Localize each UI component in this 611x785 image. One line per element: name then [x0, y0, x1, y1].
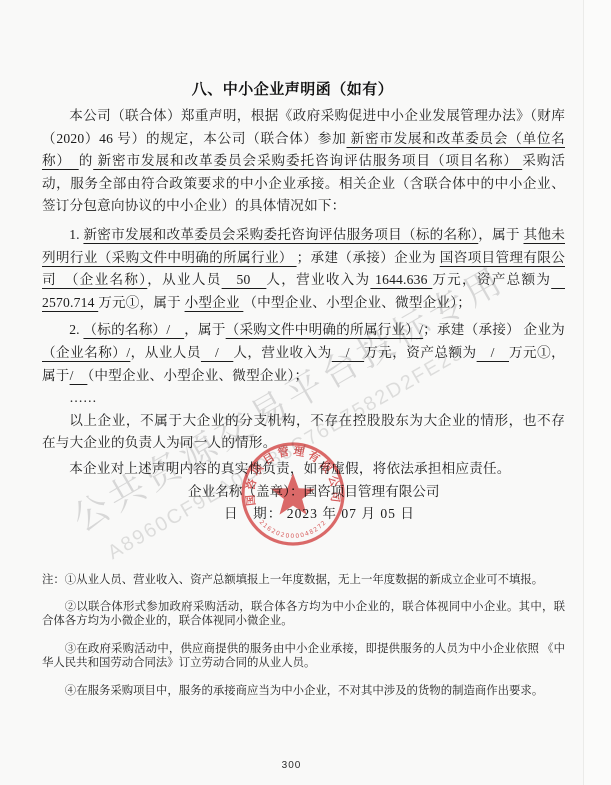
note-item-1: 注：①从业人员、营业收入、资产总额填报上一年度数据，无上一年度数据的新成立企业可…: [42, 574, 565, 588]
declaration-document: 八、中小企业声明函（如有） 本公司（联合体）郑重声明，根据《政府采购促进中小企业…: [42, 80, 565, 698]
note-item-3: ③在政府采购活动中，供应商提供的服务由中小企业承接，即提供服务的人员为中小企业依…: [42, 643, 565, 671]
declaration-intro-paragraph: 本公司（联合体）郑重声明，根据《政府采购促进中小企业发展管理办法》（财库（202…: [42, 105, 565, 218]
seal-star-icon: [271, 473, 315, 515]
enterprise-item-2-paragraph: 2. （标的名称）/ ，属于（采购文件中明确的所属行业）/；承建（承接） 企业为…: [42, 319, 565, 387]
enterprise-item-1-paragraph: 1. 新密市发展和改革委员会采购委托咨询评估服务项目（标的名称），属于 其他未列…: [42, 224, 565, 314]
document-page: 公共资源交易平台投标专用 A8960CF9EA0D988C76E7582D2FE…: [0, 0, 611, 785]
notes-section: 注：①从业人员、营业收入、资产总额填报上一年度数据，无上一年度数据的新成立企业可…: [42, 574, 565, 699]
note-item-4: ④在服务采购项目中，服务的承接商应当为中小企业，不对其中涉及的货物的制造商作出要…: [42, 685, 565, 699]
document-title: 八、中小企业声明函（如有）: [42, 80, 543, 100]
ellipsis-line: ……: [42, 387, 565, 410]
company-seal: 国咨项目管理有限公司 216202000048272: [238, 439, 348, 549]
note-item-2: ②以联合体形式参加政府采购活动，联合体各方均为中小企业的，联合体视同中小企业。其…: [42, 601, 565, 629]
page-edge: [583, 0, 611, 785]
page-number: 300: [0, 760, 583, 771]
